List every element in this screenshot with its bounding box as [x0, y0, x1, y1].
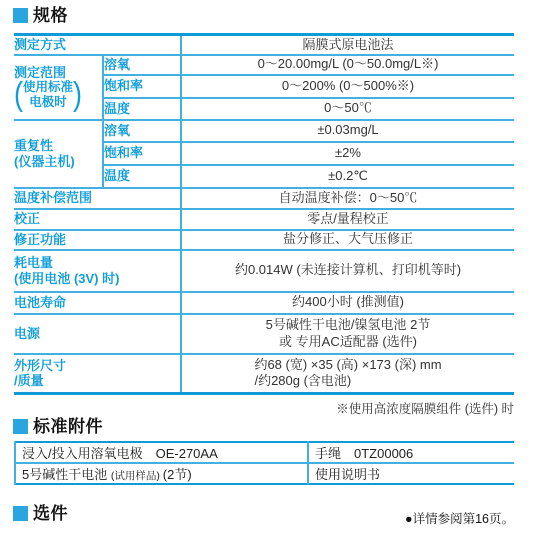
spec-label-dimensions-weight: 外形尺寸 /质量: [14, 354, 181, 394]
spec-sublabel-temperature: 温度: [103, 98, 181, 120]
spec-label-calibration: 校正: [14, 209, 181, 230]
spec-value-battery-life: 约400小时 (推测值): [181, 292, 514, 314]
accessory-battery-sample-note: (试用样品): [111, 470, 163, 482]
spec-label-battery-life: 电池寿命: [14, 292, 181, 314]
spec-value-dimensions-weight: 约68 (宽) ×35 (高) ×173 (深) mm /约280g (含电池): [181, 354, 514, 394]
accessories-section-title: 标准附件: [33, 418, 103, 435]
measuring-range-line1: 测定范围: [14, 65, 102, 81]
spec-value-calibration: 零点/量程校正: [181, 209, 514, 230]
spec-sheet-page: 规格 测定方式 隔膜式原电池法 测定范围 ( 使用标准 电极时 ) 溶氧 0～2…: [0, 0, 541, 543]
spec-label-power-source: 电源: [14, 314, 181, 354]
power-source-line2: 或 专用AC适配器 (选件): [182, 334, 514, 350]
big-paren-open: (: [14, 78, 23, 112]
spec-sublabel-do-repeat: 溶氧: [103, 120, 181, 142]
options-see-page-note: ●详情参阅第16页。: [14, 509, 514, 527]
accessory-battery: 5号碱性干电池 (试用样品) (2节): [15, 463, 308, 484]
power-consumption-line2: (使用电池 (3V) 时): [14, 271, 180, 287]
spec-value-power-consumption: 约0.014W (未连接计算机、打印机等时): [181, 250, 514, 292]
spec-label-correction: 修正功能: [14, 230, 181, 250]
measuring-range-condition: 使用标准 电极时: [23, 80, 73, 109]
dimensions-line1: 外形尺寸: [14, 358, 180, 374]
dimensions-value-block: 约68 (宽) ×35 (高) ×173 (深) mm /约280g (含电池): [254, 357, 441, 390]
repeatability-line1: 重复性: [14, 138, 102, 154]
spec-label-repeatability: 重复性 (仪器主机): [14, 120, 103, 188]
accessory-battery-main: 5号碱性干电池: [22, 467, 111, 482]
dimensions-line2: /质量: [14, 373, 180, 389]
spec-section-header: 规格: [13, 7, 68, 24]
spec-value-do-repeat: ±0.03mg/L: [181, 120, 514, 142]
repeatability-line2: (仪器主机): [14, 154, 102, 170]
spec-value-power-source: 5号碱性干电池/镍氢电池 2节 或 专用AC适配器 (选件): [181, 314, 514, 354]
spec-value-temperature-range: 0～50℃: [181, 98, 514, 120]
spec-value-temperature-repeat: ±0.2℃: [181, 165, 514, 188]
big-paren-close: ): [73, 78, 82, 112]
spec-sublabel-saturation-repeat: 饱和率: [103, 142, 181, 165]
measuring-range-condition-line2: 电极时: [23, 95, 73, 109]
spec-value-measurement-method: 隔膜式原电池法: [181, 35, 514, 55]
spec-value-do-range: 0～20.00mg/L (0～50.0mg/L※): [181, 55, 514, 75]
spec-sublabel-dissolved-oxygen: 溶氧: [103, 55, 181, 75]
measuring-range-condition-line1: 使用标准: [23, 80, 73, 94]
spec-footnote: ※使用高浓度隔膜组件 (选件) 时: [14, 399, 514, 417]
spec-sublabel-temperature-repeat: 温度: [103, 165, 181, 188]
accessory-battery-count: (2节): [163, 467, 192, 482]
accessories-table: 浸入/投入用溶氧电极 OE-270AA 手绳 0TZ00006 5号碱性干电池 …: [14, 441, 514, 485]
accessory-hand-strap: 手绳 0TZ00006: [308, 442, 514, 463]
spec-value-saturation-repeat: ±2%: [181, 142, 514, 165]
spec-sublabel-saturation: 饱和率: [103, 75, 181, 98]
accessory-manual: 使用说明书: [308, 463, 514, 484]
spec-table: 测定方式 隔膜式原电池法 测定范围 ( 使用标准 电极时 ) 溶氧 0～20.0…: [14, 33, 514, 395]
spec-value-correction: 盐分修正、大气压修正: [181, 230, 514, 250]
spec-label-measurement-method: 测定方式: [14, 35, 181, 55]
accessory-electrode: 浸入/投入用溶氧电极 OE-270AA: [15, 442, 308, 463]
dimensions-value-line1: 约68 (宽) ×35 (高) ×173 (深) mm: [254, 357, 441, 373]
spec-section-title: 规格: [33, 7, 68, 24]
spec-value-temp-compensation: 自动温度补偿：0～50℃: [181, 188, 514, 209]
section-marker-square: [13, 419, 28, 434]
power-consumption-line1: 耗电量: [14, 255, 180, 271]
spec-label-power-consumption: 耗电量 (使用电池 (3V) 时): [14, 250, 181, 292]
accessories-section-header: 标准附件: [13, 418, 103, 435]
measuring-range-paren-block: ( 使用标准 电极时 ): [14, 80, 102, 109]
section-marker-square: [13, 8, 28, 23]
spec-value-saturation-range: 0～200% (0～500%※): [181, 75, 514, 98]
spec-label-measuring-range: 测定范围 ( 使用标准 电极时 ): [14, 55, 103, 120]
dimensions-value-line2: /约280g (含电池): [254, 373, 441, 389]
power-source-line1: 5号碱性干电池/镍氢电池 2节: [182, 317, 514, 333]
spec-label-temp-compensation: 温度补偿范围: [14, 188, 181, 209]
